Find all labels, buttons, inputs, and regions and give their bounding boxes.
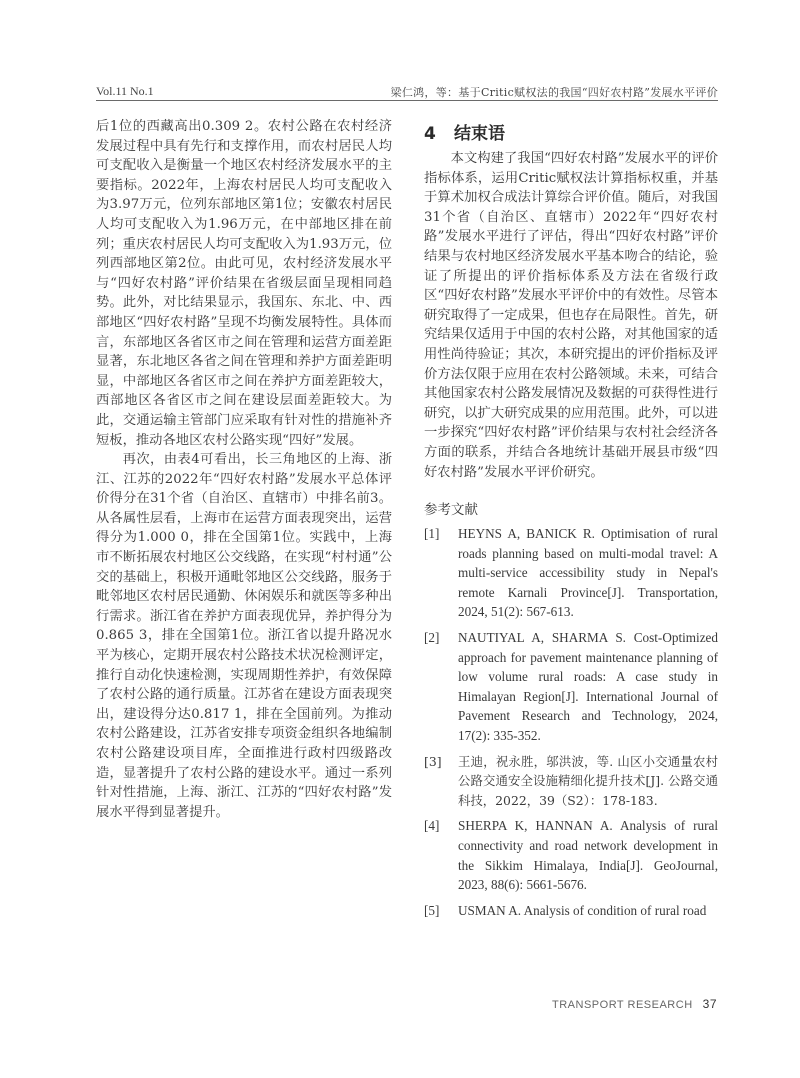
page-number: 37 — [703, 997, 717, 1011]
reference-item: [2] NAUTIYAL A, SHARMA S. Cost-Optimized… — [424, 628, 718, 746]
section-title: 结束语 — [454, 124, 505, 144]
reference-text: 王迪，祝永胜，邬洪波，等. 山区小交通量农村公路交通安全设施精细化提升技术[J]… — [458, 754, 718, 808]
section-number: 4 — [424, 124, 454, 144]
left-column: 后1位的西藏高出0.309 2。农村公路在农村经济发展过程中具有先行和支撑作用，… — [96, 117, 392, 822]
reference-text: NAUTIYAL A, SHARMA S. Cost-Optimized app… — [458, 630, 718, 743]
reference-list: [1] HEYNS A, BANICK R. Optimisation of r… — [424, 524, 718, 920]
volume-label: Vol.11 No.1 — [96, 84, 154, 99]
reference-index: [5] — [424, 901, 439, 921]
reference-text: SHERPA K, HANNAN A. Analysis of rural co… — [458, 818, 718, 892]
right-column: 4结束语 本文构建了我国“四好农村路”发展水平的评价指标体系，运用Critic赋… — [424, 117, 718, 926]
section-heading: 4结束语 — [424, 119, 718, 141]
reference-index: [3] — [424, 752, 442, 772]
reference-item: [1] HEYNS A, BANICK R. Optimisation of r… — [424, 524, 718, 622]
reference-item: [4] SHERPA K, HANNAN A. Analysis of rura… — [424, 816, 718, 894]
body-paragraph: 后1位的西藏高出0.309 2。农村公路在农村经济发展过程中具有先行和支撑作用，… — [96, 117, 392, 450]
reference-item: [5] USMAN A. Analysis of condition of ru… — [424, 901, 718, 921]
reference-text: USMAN A. Analysis of condition of rural … — [458, 903, 706, 918]
page-footer: TRANSPORT RESEARCH37 — [552, 997, 717, 1011]
body-paragraph: 再次，由表4可看出，长三角地区的上海、浙江、江苏的2022年“四好农村路”发展水… — [96, 450, 392, 822]
reference-item: [3] 王迪，祝永胜，邬洪波，等. 山区小交通量农村公路交通安全设施精细化提升技… — [424, 752, 718, 811]
journal-name: TRANSPORT RESEARCH — [552, 999, 693, 1011]
page-header: Vol.11 No.1 梁仁鸿，等：基于Critic赋权法的我国“四好农村路”发… — [96, 82, 718, 101]
reference-index: [1] — [424, 524, 439, 544]
reference-text: HEYNS A, BANICK R. Optimisation of rural… — [458, 526, 718, 619]
reference-index: [4] — [424, 816, 439, 836]
body-paragraph: 本文构建了我国“四好农村路”发展水平的评价指标体系，运用Critic赋权法计算指… — [424, 149, 718, 482]
reference-index: [2] — [424, 628, 439, 648]
running-title: 梁仁鸿，等：基于Critic赋权法的我国“四好农村路”发展水平评价 — [391, 84, 718, 100]
references-heading: 参考文献 — [424, 498, 718, 518]
